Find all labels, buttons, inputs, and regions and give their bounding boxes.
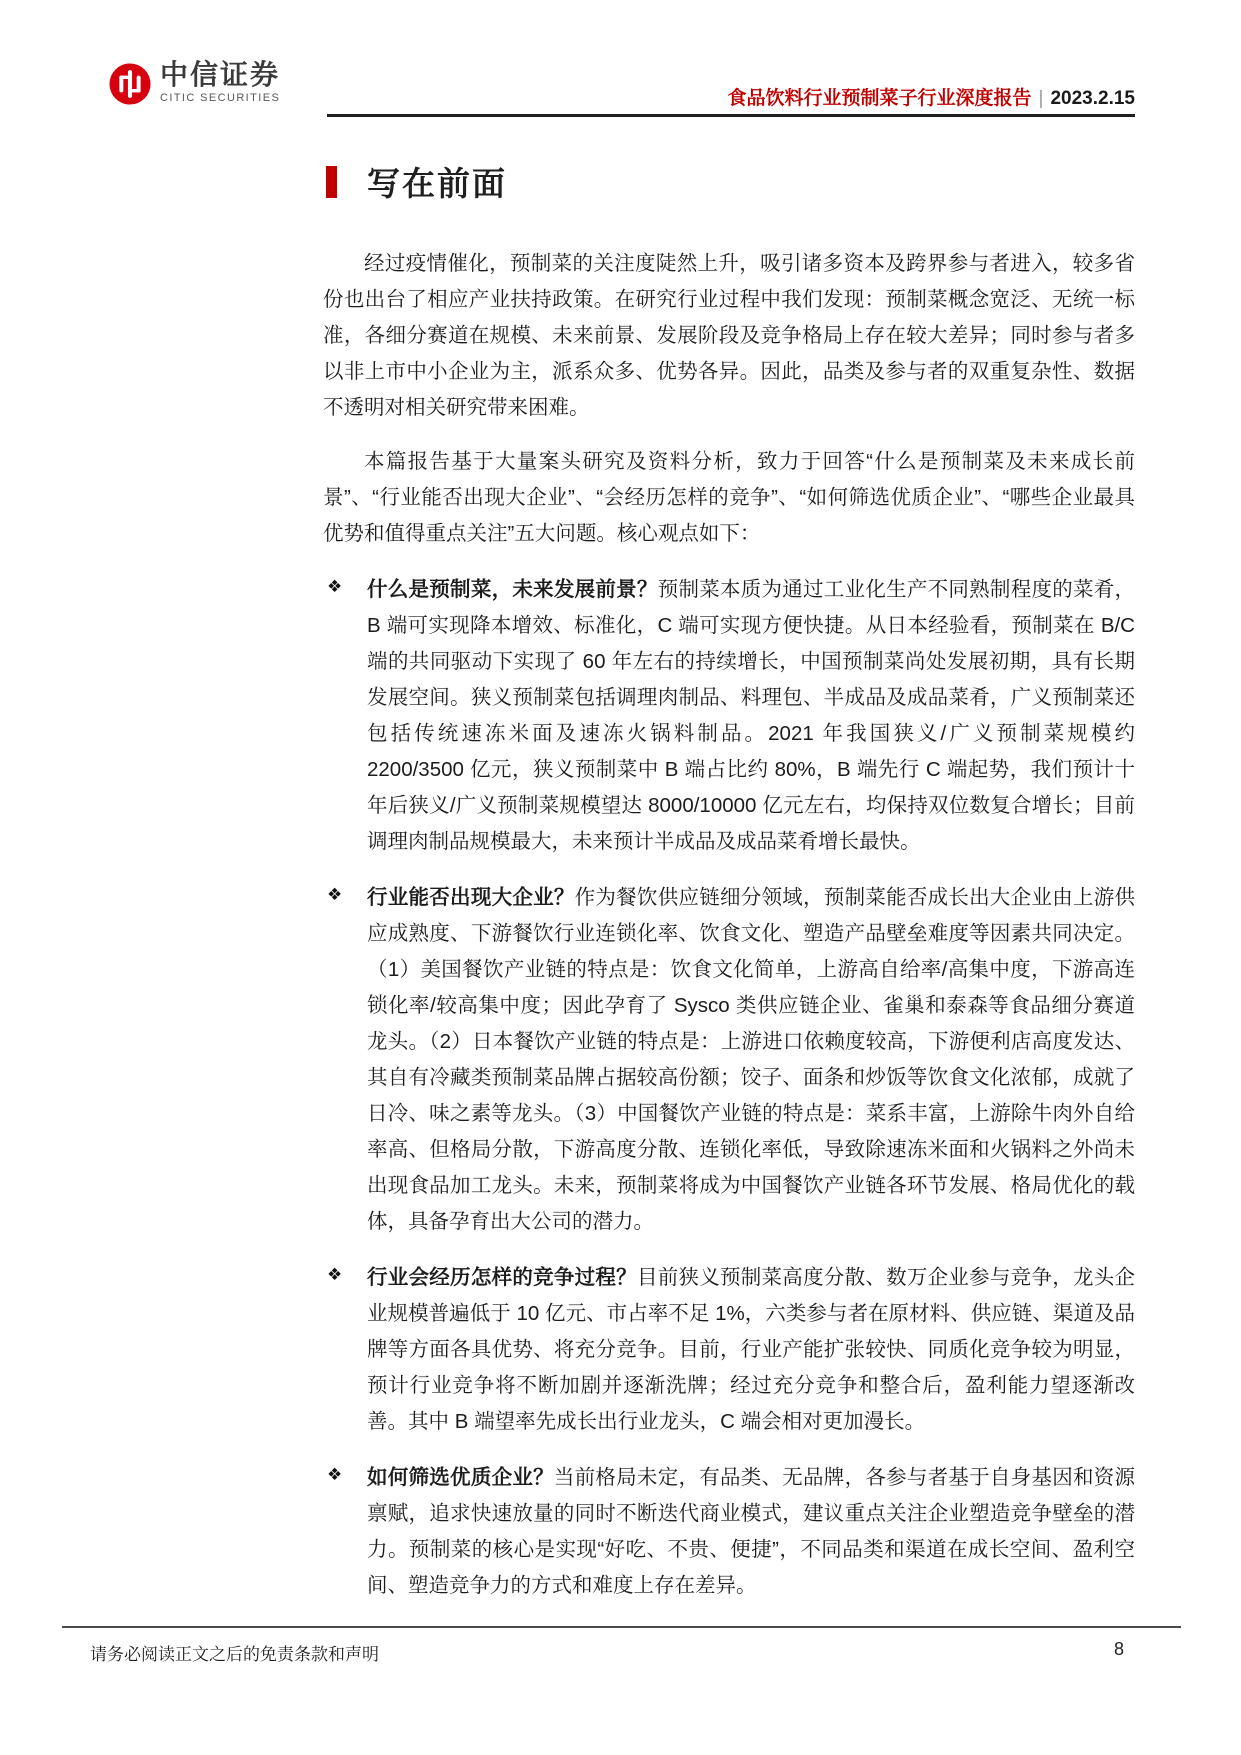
report-header: 食品饮料行业预制菜子行业深度报告|2023.2.15 <box>728 88 1135 110</box>
bullet-item: ❖ 什么是预制菜，未来发展前景？预制菜本质为通过工业化生产不同熟制程度的菜肴，B… <box>323 572 1135 860</box>
citic-logo: 中信证券 CITIC SECURITIES <box>108 60 280 106</box>
bullet-paragraph: 如何筛选优质企业？当前格局未定，有品类、无品牌，各参与者基于自身基因和资源禀赋，… <box>367 1460 1135 1604</box>
report-title: 食品饮料行业预制菜子行业深度报告 <box>728 88 1032 109</box>
section-title: 写在前面 <box>367 158 507 205</box>
bullet-diamond-icon: ❖ <box>327 1266 342 1283</box>
logo-cn-text: 中信证券 <box>160 60 280 90</box>
section-header: 写在前面 <box>326 158 507 205</box>
bullet-diamond-icon: ❖ <box>327 578 342 595</box>
citic-logo-icon <box>108 62 152 106</box>
bullet-paragraph: 行业会经历怎样的竞争过程？目前狭义预制菜高度分散、数万企业参与竞争，龙头企业规模… <box>367 1260 1135 1440</box>
bullet-diamond-icon: ❖ <box>327 1466 342 1483</box>
bullet-heading: 如何筛选优质企业？ <box>367 1466 554 1489</box>
bullet-paragraph: 行业能否出现大企业？作为餐饮供应链细分领域，预制菜能否成长出大企业由上游供应成熟… <box>367 880 1135 1240</box>
bullet-text: 目前狭义预制菜高度分散、数万企业参与竞争，龙头企业规模普遍低于 10 亿元、市占… <box>367 1266 1135 1433</box>
bullet-heading: 行业会经历怎样的竞争过程？ <box>367 1266 637 1289</box>
bullet-item: ❖ 如何筛选优质企业？当前格局未定，有品类、无品牌，各参与者基于自身基因和资源禀… <box>323 1460 1135 1604</box>
footer-divider <box>62 1626 1181 1628</box>
report-date: 2023.2.15 <box>1050 88 1135 109</box>
bullet-item: ❖ 行业能否出现大企业？作为餐饮供应链细分领域，预制菜能否成长出大企业由上游供应… <box>323 880 1135 1240</box>
bullet-diamond-icon: ❖ <box>327 886 342 903</box>
bullet-text: 预制菜本质为通过工业化生产不同熟制程度的菜肴，B 端可实现降本增效、标准化，C … <box>367 578 1135 853</box>
report-body: 经过疫情催化，预制菜的关注度陡然上升，吸引诸多资本及跨界参与者进入，较多省份也出… <box>323 246 1135 1604</box>
section-accent-bar <box>326 166 337 198</box>
bullet-heading: 行业能否出现大企业？ <box>367 886 575 909</box>
logo-en-text: CITIC SECURITIES <box>160 92 280 104</box>
footer-disclaimer: 请务必阅读正文之后的免责条款和声明 <box>90 1640 379 1665</box>
intro-paragraph: 经过疫情催化，预制菜的关注度陡然上升，吸引诸多资本及跨界参与者进入，较多省份也出… <box>323 246 1135 426</box>
bullet-paragraph: 什么是预制菜，未来发展前景？预制菜本质为通过工业化生产不同熟制程度的菜肴，B 端… <box>367 572 1135 860</box>
intro-paragraph: 本篇报告基于大量案头研究及资料分析，致力于回答“什么是预制菜及未来成长前景”、“… <box>323 444 1135 552</box>
bullet-text: 作为餐饮供应链细分领域，预制菜能否成长出大企业由上游供应成熟度、下游餐饮行业连锁… <box>367 886 1135 1233</box>
page-number: 8 <box>1114 1639 1124 1660</box>
header-separator: | <box>1032 88 1051 109</box>
bullet-item: ❖ 行业会经历怎样的竞争过程？目前狭义预制菜高度分散、数万企业参与竞争，龙头企业… <box>323 1260 1135 1440</box>
bullet-heading: 什么是预制菜，未来发展前景？ <box>367 578 658 601</box>
header-divider <box>327 114 1135 117</box>
